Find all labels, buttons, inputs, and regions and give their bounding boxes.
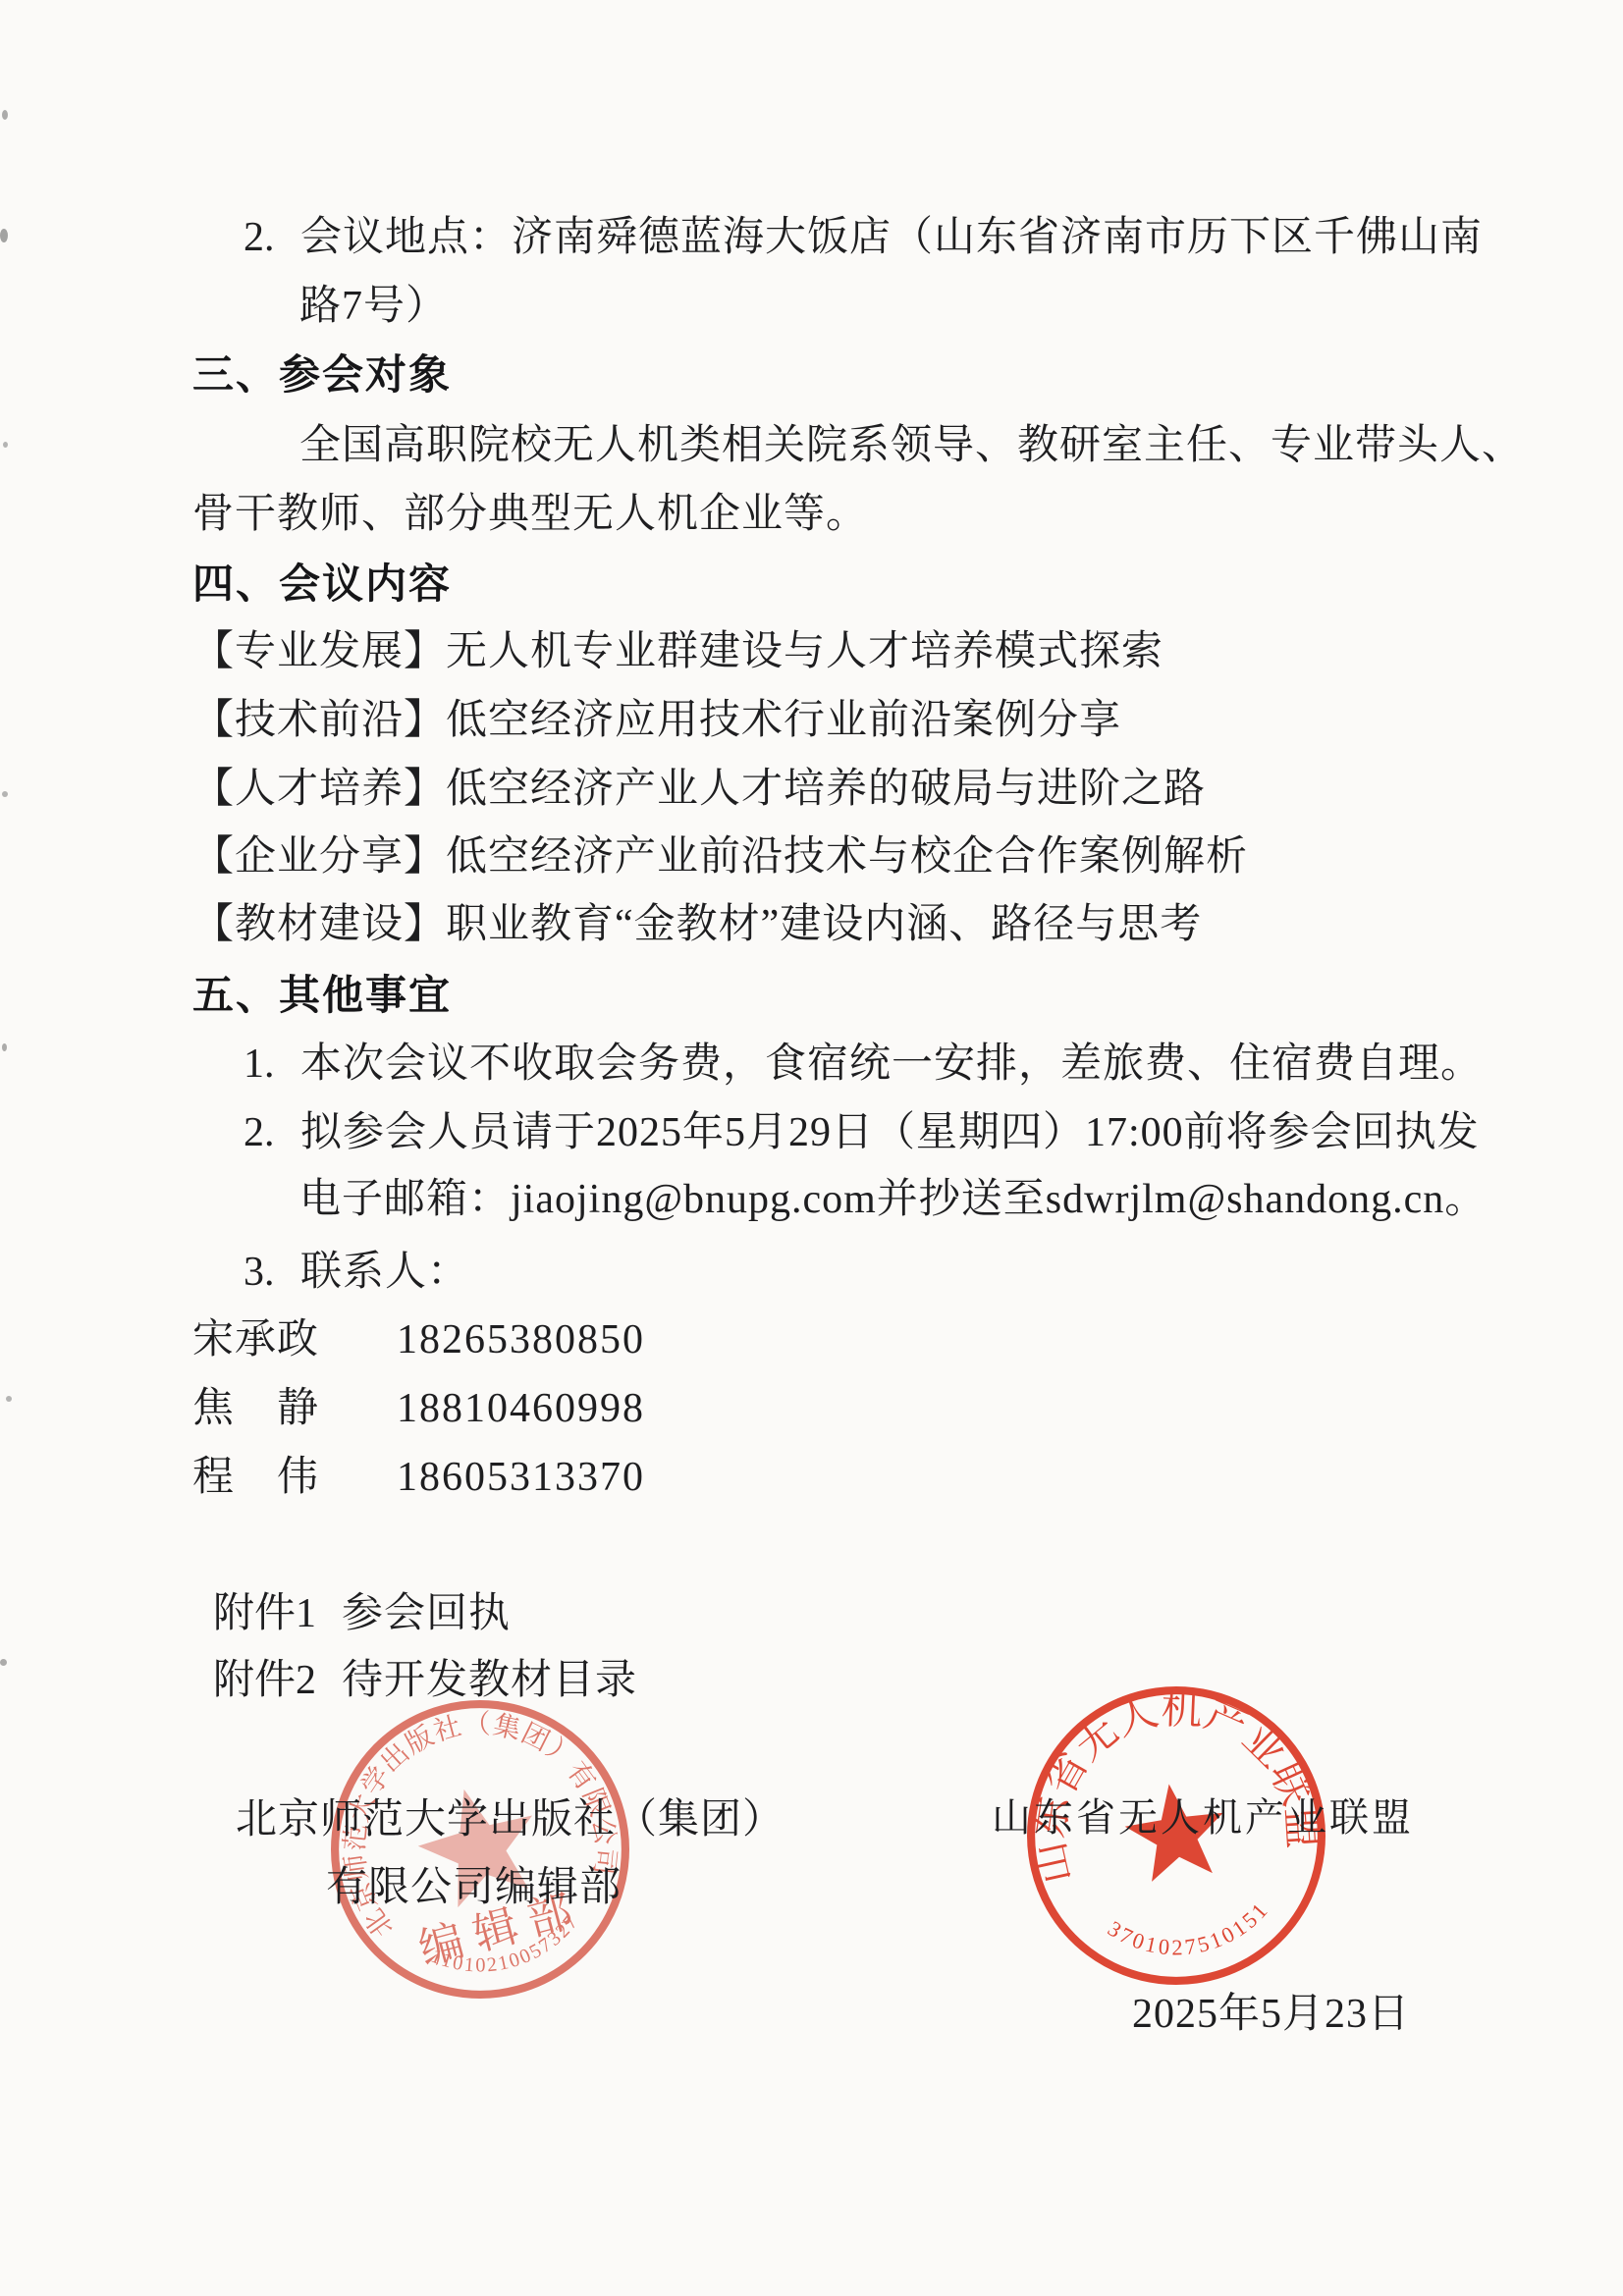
- publisher-seal-stamp: 北京师范大学出版社（集团）有限公司 编辑部 11010210057327: [330, 1699, 630, 2000]
- contact-row: 焦 静18810460998: [192, 1385, 645, 1432]
- content-item: 【人才培养】低空经济产业人才培养的破局与进阶之路: [192, 766, 1206, 813]
- signature-date: 2025年5月23日: [1132, 1991, 1410, 2038]
- content-item-text: 低空经济应用技术行业前沿案例分享: [446, 698, 1121, 743]
- signature-left-line2: 有限公司编辑部: [326, 1864, 622, 1911]
- location-item-line2: 路7号）: [299, 283, 448, 330]
- contact-phone: 18605313370: [397, 1454, 645, 1501]
- attachment-row: 附件2待开发教材目录: [213, 1657, 637, 1704]
- scan-speck: [6, 1396, 12, 1402]
- attendees-line2: 骨干教师、部分典型无人机企业等。: [192, 491, 868, 538]
- attendees-line1: 全国高职院校无人机类相关院系领导、教研室主任、专业带头人、: [299, 422, 1524, 469]
- content-item: 【教材建设】职业教育“金教材”建设内涵、路径与思考: [192, 901, 1202, 948]
- scan-speck: [2, 110, 8, 120]
- other-item-2-text: 拟参会人员请于2025年5月29日（星期四）17:00前将参会回执发: [300, 1110, 1480, 1155]
- content-item-text: 低空经济产业前沿技术与校企合作案例解析: [446, 834, 1248, 880]
- attachment-title: 待开发教材目录: [342, 1658, 637, 1703]
- other-item-1-text: 本次会议不收取会务费，食宿统一安排，差旅费、住宿费自理。: [300, 1041, 1483, 1087]
- scan-speck: [3, 442, 8, 448]
- content-item: 【技术前沿】低空经济应用技术行业前沿案例分享: [192, 697, 1121, 744]
- scan-speck: [2, 791, 8, 797]
- other-item-2-line2: 电子邮箱：jiaojing@bnupg.com并抄送至sdwrjlm@shand…: [299, 1176, 1487, 1223]
- content-item-tag: 【教材建设】: [192, 902, 446, 947]
- content-item-tag: 【专业发展】: [192, 629, 446, 674]
- list-number: 2.: [243, 1109, 300, 1156]
- contact-name: 程 伟: [192, 1454, 332, 1501]
- content-item: 【专业发展】无人机专业群建设与人才培养模式探索: [192, 628, 1163, 675]
- signature-left-line1: 北京师范大学出版社（集团）: [236, 1796, 784, 1843]
- section-heading-other: 五、其他事宜: [192, 972, 452, 1019]
- contacts-label: 联系人：: [300, 1250, 469, 1295]
- contact-phone: 18265380850: [397, 1316, 645, 1363]
- other-item-3: 3.联系人：: [243, 1249, 469, 1296]
- contact-row: 程 伟18605313370: [192, 1454, 645, 1501]
- scan-speck: [2, 1043, 7, 1051]
- content-item-tag: 【人才培养】: [192, 767, 446, 812]
- attachment-label: 附件2: [213, 1657, 316, 1704]
- list-number: 1.: [243, 1041, 300, 1088]
- scanned-notice-page: 北京师范大学出版社（集团）有限公司 编辑部 11010210057327 山东省…: [0, 0, 1623, 2296]
- other-item-1: 1.本次会议不收取会务费，食宿统一安排，差旅费、住宿费自理。: [243, 1041, 1483, 1088]
- attachment-title: 参会回执: [342, 1591, 511, 1636]
- content-item-text: 低空经济产业人才培养的破局与进阶之路: [446, 767, 1206, 812]
- contact-name: 宋承政: [192, 1316, 332, 1363]
- scan-speck: [0, 229, 8, 242]
- list-number: 3.: [243, 1249, 300, 1296]
- attachment-row: 附件1参会回执: [213, 1590, 511, 1637]
- content-item-text: 职业教育“金教材”建设内涵、路径与思考: [446, 902, 1202, 947]
- contact-row: 宋承政18265380850: [192, 1316, 645, 1363]
- list-number: 2.: [243, 214, 300, 261]
- content-item-text: 无人机专业群建设与人才培养模式探索: [446, 629, 1163, 674]
- scan-speck: [0, 1659, 7, 1666]
- content-item-tag: 【技术前沿】: [192, 698, 446, 743]
- location-item-line1: 2.会议地点：济南舜德蓝海大饭店（山东省济南市历下区千佛山南: [243, 214, 1483, 261]
- signature-right: 山东省无人机产业联盟: [992, 1795, 1414, 1841]
- section-heading-attendees: 三、参会对象: [192, 351, 452, 399]
- section-heading-content: 四、会议内容: [192, 561, 452, 608]
- content-item-tag: 【企业分享】: [192, 834, 446, 880]
- content-item: 【企业分享】低空经济产业前沿技术与校企合作案例解析: [192, 833, 1248, 881]
- attachment-label: 附件1: [213, 1590, 316, 1637]
- other-item-2-line1: 2.拟参会人员请于2025年5月29日（星期四）17:00前将参会回执发: [243, 1109, 1480, 1156]
- location-text: 会议地点：济南舜德蓝海大饭店（山东省济南市历下区千佛山南: [300, 215, 1483, 260]
- contact-phone: 18810460998: [397, 1385, 645, 1432]
- contact-name: 焦 静: [192, 1385, 332, 1432]
